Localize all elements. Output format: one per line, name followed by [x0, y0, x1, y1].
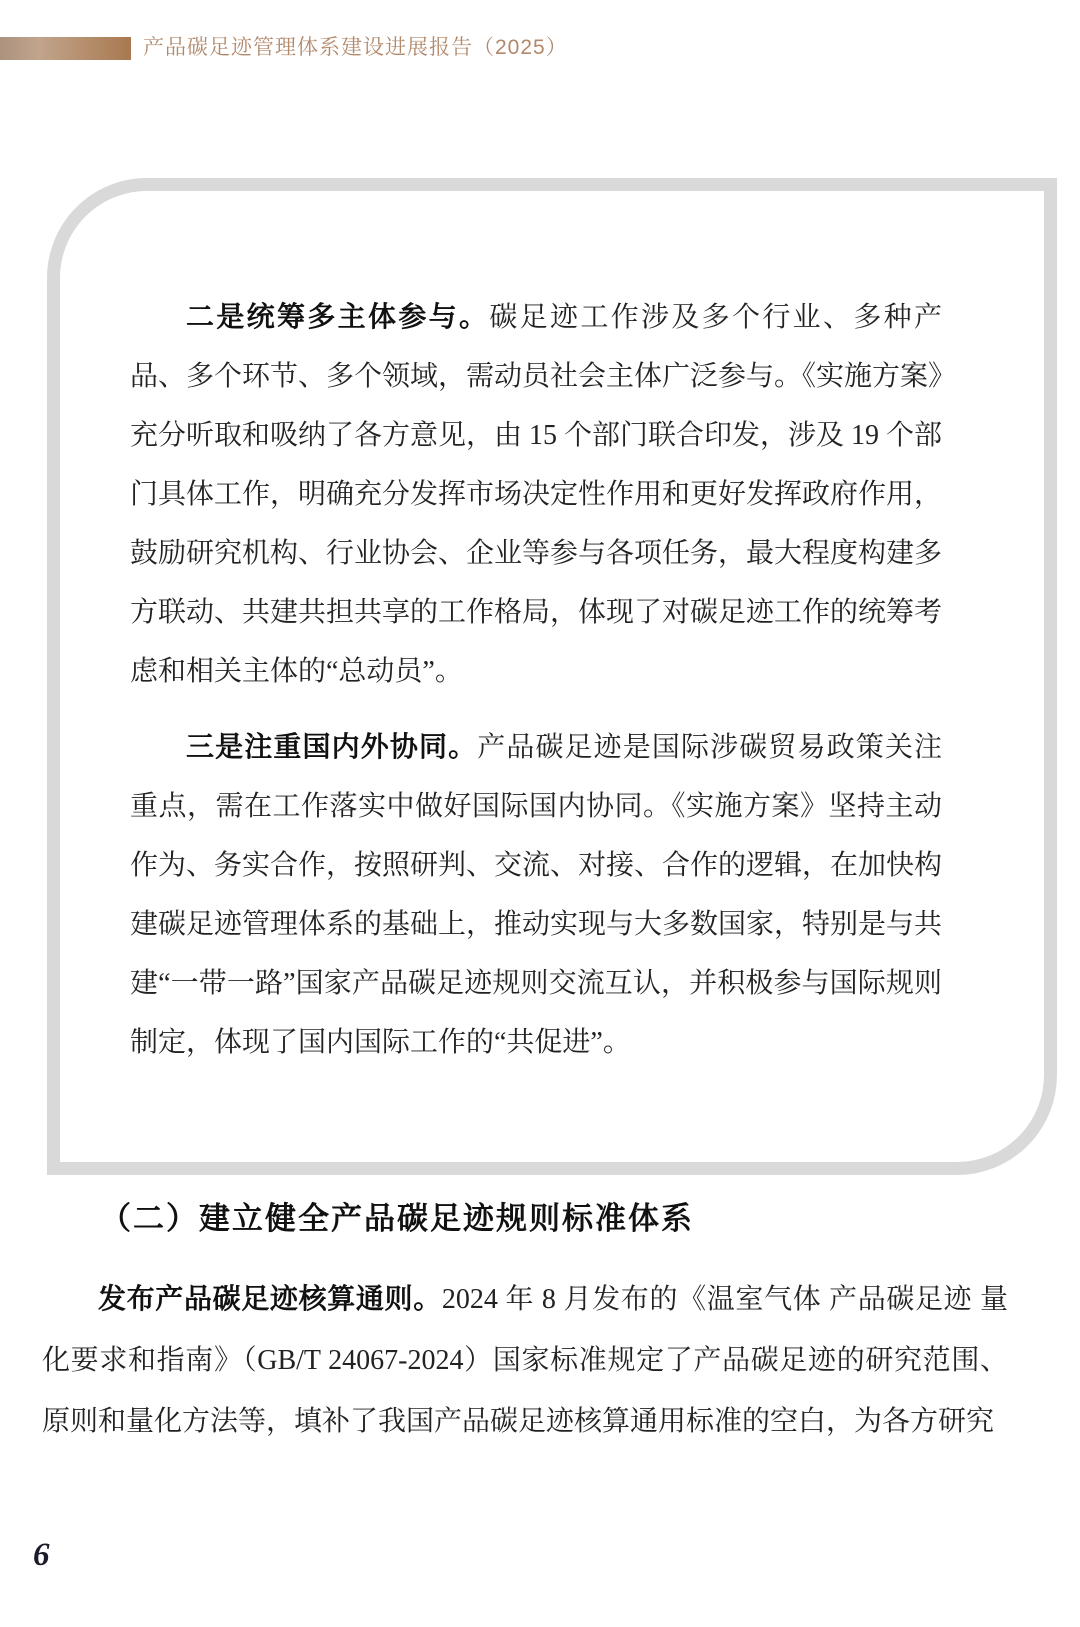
paragraph-lead-accounting-standard: 发布产品碳足迹核算通则。	[98, 1283, 442, 1314]
paragraph-multi-stakeholder: 二是统筹多主体参与。碳足迹工作涉及多个行业、多种产品、多个环节、多个领域，需动员…	[130, 287, 942, 701]
callout-box: 二是统筹多主体参与。碳足迹工作涉及多个行业、多种产品、多个环节、多个领域，需动员…	[47, 178, 1057, 1175]
page-number: 6	[33, 1537, 50, 1574]
header-gradient-bar	[0, 37, 131, 60]
paragraph-international-coordination: 三是注重国内外协同。产品碳足迹是国际涉碳贸易政策关注重点，需在工作落实中做好国际…	[130, 717, 942, 1072]
paragraph-accounting-standard: 发布产品碳足迹核算通则。2024 年 8 月发布的《温室气体 产品碳足迹 量化要…	[42, 1268, 1008, 1452]
paragraph-lead-multi-stakeholder: 二是统筹多主体参与。	[186, 301, 489, 332]
report-title: 产品碳足迹管理体系建设进展报告（2025）	[143, 33, 568, 63]
section-heading: （二）建立健全产品碳足迹规则标准体系	[100, 1196, 694, 1242]
report-page: 产品碳足迹管理体系建设进展报告（2025） 二是统筹多主体参与。碳足迹工作涉及多…	[0, 0, 1080, 1627]
paragraph-body-multi-stakeholder: 碳足迹工作涉及多个行业、多种产品、多个环节、多个领域，需动员社会主体广泛参与。《…	[130, 302, 942, 687]
paragraph-body-international-coordination: 产品碳足迹是国际涉碳贸易政策关注重点，需在工作落实中做好国际国内协同。《实施方案…	[130, 732, 942, 1058]
paragraph-lead-international-coordination: 三是注重国内外协同。	[186, 731, 477, 762]
